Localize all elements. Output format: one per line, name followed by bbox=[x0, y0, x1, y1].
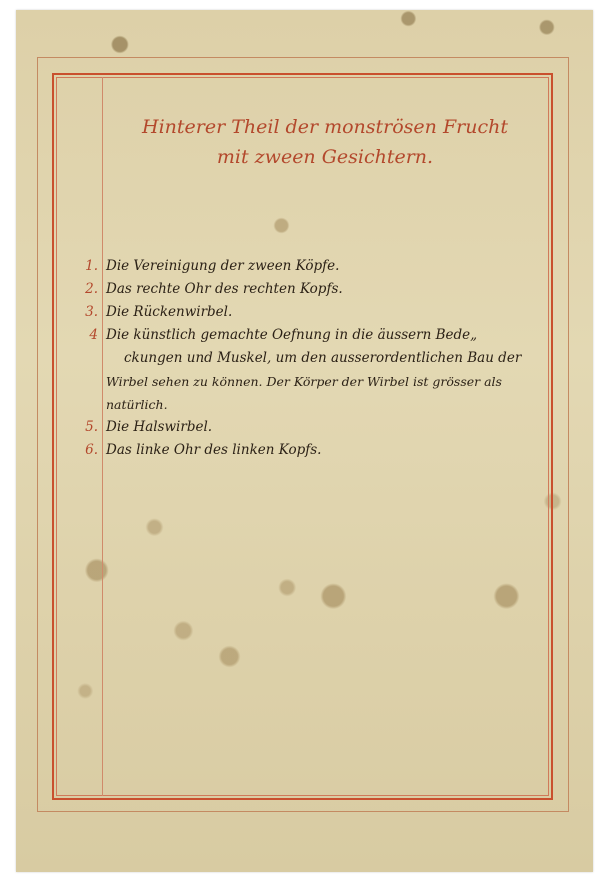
item-number: 6. bbox=[76, 439, 98, 462]
item-text: Das rechte Ohr des rechten Kopfs. bbox=[106, 281, 343, 297]
title-line-1: Hinterer Theil der monströsen Frucht bbox=[100, 112, 550, 142]
item-text: Die Vereinigung der zween Köpfe. bbox=[106, 258, 339, 274]
item-text-line-1: Die künstlich gemachte Oefnung in die äu… bbox=[106, 327, 477, 343]
item-number: 1. bbox=[76, 255, 98, 278]
list-item: 3. Die Rückenwirbel. bbox=[76, 301, 546, 324]
legend-list: 1. Die Vereinigung der zween Köpfe. 2. D… bbox=[76, 255, 546, 462]
list-item: 2. Das rechte Ohr des rechten Kopfs. bbox=[76, 278, 546, 301]
item-text-line-2: ckungen und Muskel, um den ausserordentl… bbox=[106, 347, 546, 370]
item-text: Die Halswirbel. bbox=[106, 419, 212, 435]
list-item: 6. Das linke Ohr des linken Kopfs. bbox=[76, 439, 546, 462]
item-number: 3. bbox=[76, 301, 98, 324]
item-text: Das linke Ohr des linken Kopfs. bbox=[106, 442, 321, 458]
list-item: 5. Die Halswirbel. bbox=[76, 416, 546, 439]
title-line-2: mit zween Gesichtern. bbox=[100, 142, 550, 172]
item-text: Die Rückenwirbel. bbox=[106, 304, 232, 320]
item-text-line-3: Wirbel sehen zu können. Der Körper der W… bbox=[106, 370, 546, 416]
list-item: 1. Die Vereinigung der zween Köpfe. bbox=[76, 255, 546, 278]
item-number: 2. bbox=[76, 278, 98, 301]
list-item: 4 Die künstlich gemachte Oefnung in die … bbox=[76, 324, 546, 416]
item-number: 4 bbox=[76, 324, 98, 347]
page-title: Hinterer Theil der monströsen Frucht mit… bbox=[100, 112, 550, 172]
item-number: 5. bbox=[76, 416, 98, 439]
